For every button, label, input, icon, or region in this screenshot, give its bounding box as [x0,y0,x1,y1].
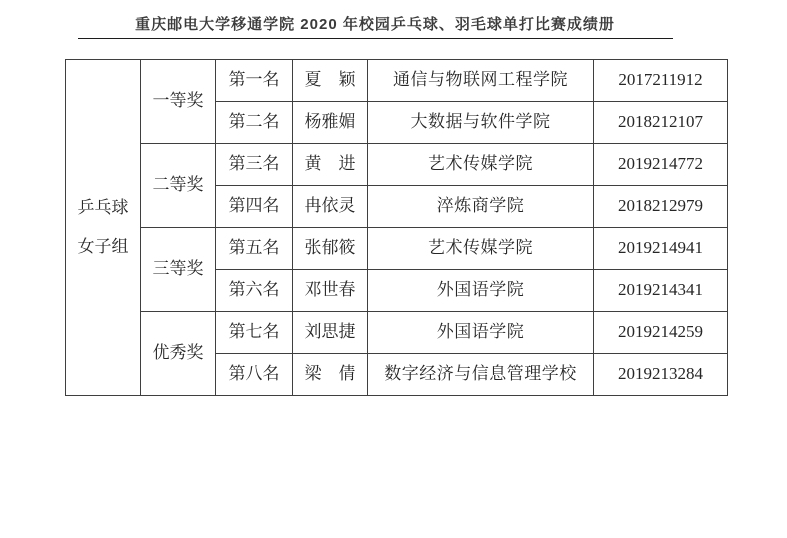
student-id-cell: 2018212979 [594,186,728,228]
college-cell: 艺术传媒学院 [368,144,594,186]
name-cell: 刘思捷 [293,312,368,354]
rank-cell: 第四名 [216,186,293,228]
rank-cell: 第七名 [216,312,293,354]
rank-cell: 第二名 [216,102,293,144]
name-cell: 夏 颖 [293,60,368,102]
award-cell-third-prize: 三等奖 [141,228,216,312]
rank-cell: 第六名 [216,270,293,312]
name-cell: 黄 进 [293,144,368,186]
results-table: 乒乓球 女子组 一等奖 第一名 夏 颖 通信与物联网工程学院 201721191… [65,59,728,396]
college-cell: 大数据与软件学院 [368,102,594,144]
name-cell: 邓世春 [293,270,368,312]
student-id-cell: 2017211912 [594,60,728,102]
group-sport-label: 乒乓球 [66,197,140,219]
student-id-cell: 2019213284 [594,354,728,396]
college-cell: 数字经济与信息管理学校 [368,354,594,396]
name-cell: 杨雅媚 [293,102,368,144]
college-cell: 外国语学院 [368,312,594,354]
college-cell: 艺术传媒学院 [368,228,594,270]
group-division-label: 女子组 [66,236,140,258]
title-underline [78,38,673,39]
student-id-cell: 2018212107 [594,102,728,144]
group-cell: 乒乓球 女子组 [66,60,141,396]
page-title: 重庆邮电大学移通学院 2020 年校园乒乓球、羽毛球单打比赛成绩册 [70,13,680,34]
rank-cell: 第一名 [216,60,293,102]
award-cell-second-prize: 二等奖 [141,144,216,228]
name-cell: 梁 倩 [293,354,368,396]
student-id-cell: 2019214772 [594,144,728,186]
award-cell-merit-prize: 优秀奖 [141,312,216,396]
college-cell: 淬炼商学院 [368,186,594,228]
college-cell: 通信与物联网工程学院 [368,60,594,102]
student-id-cell: 2019214341 [594,270,728,312]
table-row: 三等奖 第五名 张郁筱 艺术传媒学院 2019214941 [66,228,728,270]
results-table-grid: 乒乓球 女子组 一等奖 第一名 夏 颖 通信与物联网工程学院 201721191… [65,59,728,396]
student-id-cell: 2019214259 [594,312,728,354]
table-row: 二等奖 第三名 黄 进 艺术传媒学院 2019214772 [66,144,728,186]
table-row: 优秀奖 第七名 刘思捷 外国语学院 2019214259 [66,312,728,354]
name-cell: 冉依灵 [293,186,368,228]
award-cell-first-prize: 一等奖 [141,60,216,144]
rank-cell: 第八名 [216,354,293,396]
student-id-cell: 2019214941 [594,228,728,270]
college-cell: 外国语学院 [368,270,594,312]
rank-cell: 第三名 [216,144,293,186]
rank-cell: 第五名 [216,228,293,270]
table-row: 乒乓球 女子组 一等奖 第一名 夏 颖 通信与物联网工程学院 201721191… [66,60,728,102]
name-cell: 张郁筱 [293,228,368,270]
